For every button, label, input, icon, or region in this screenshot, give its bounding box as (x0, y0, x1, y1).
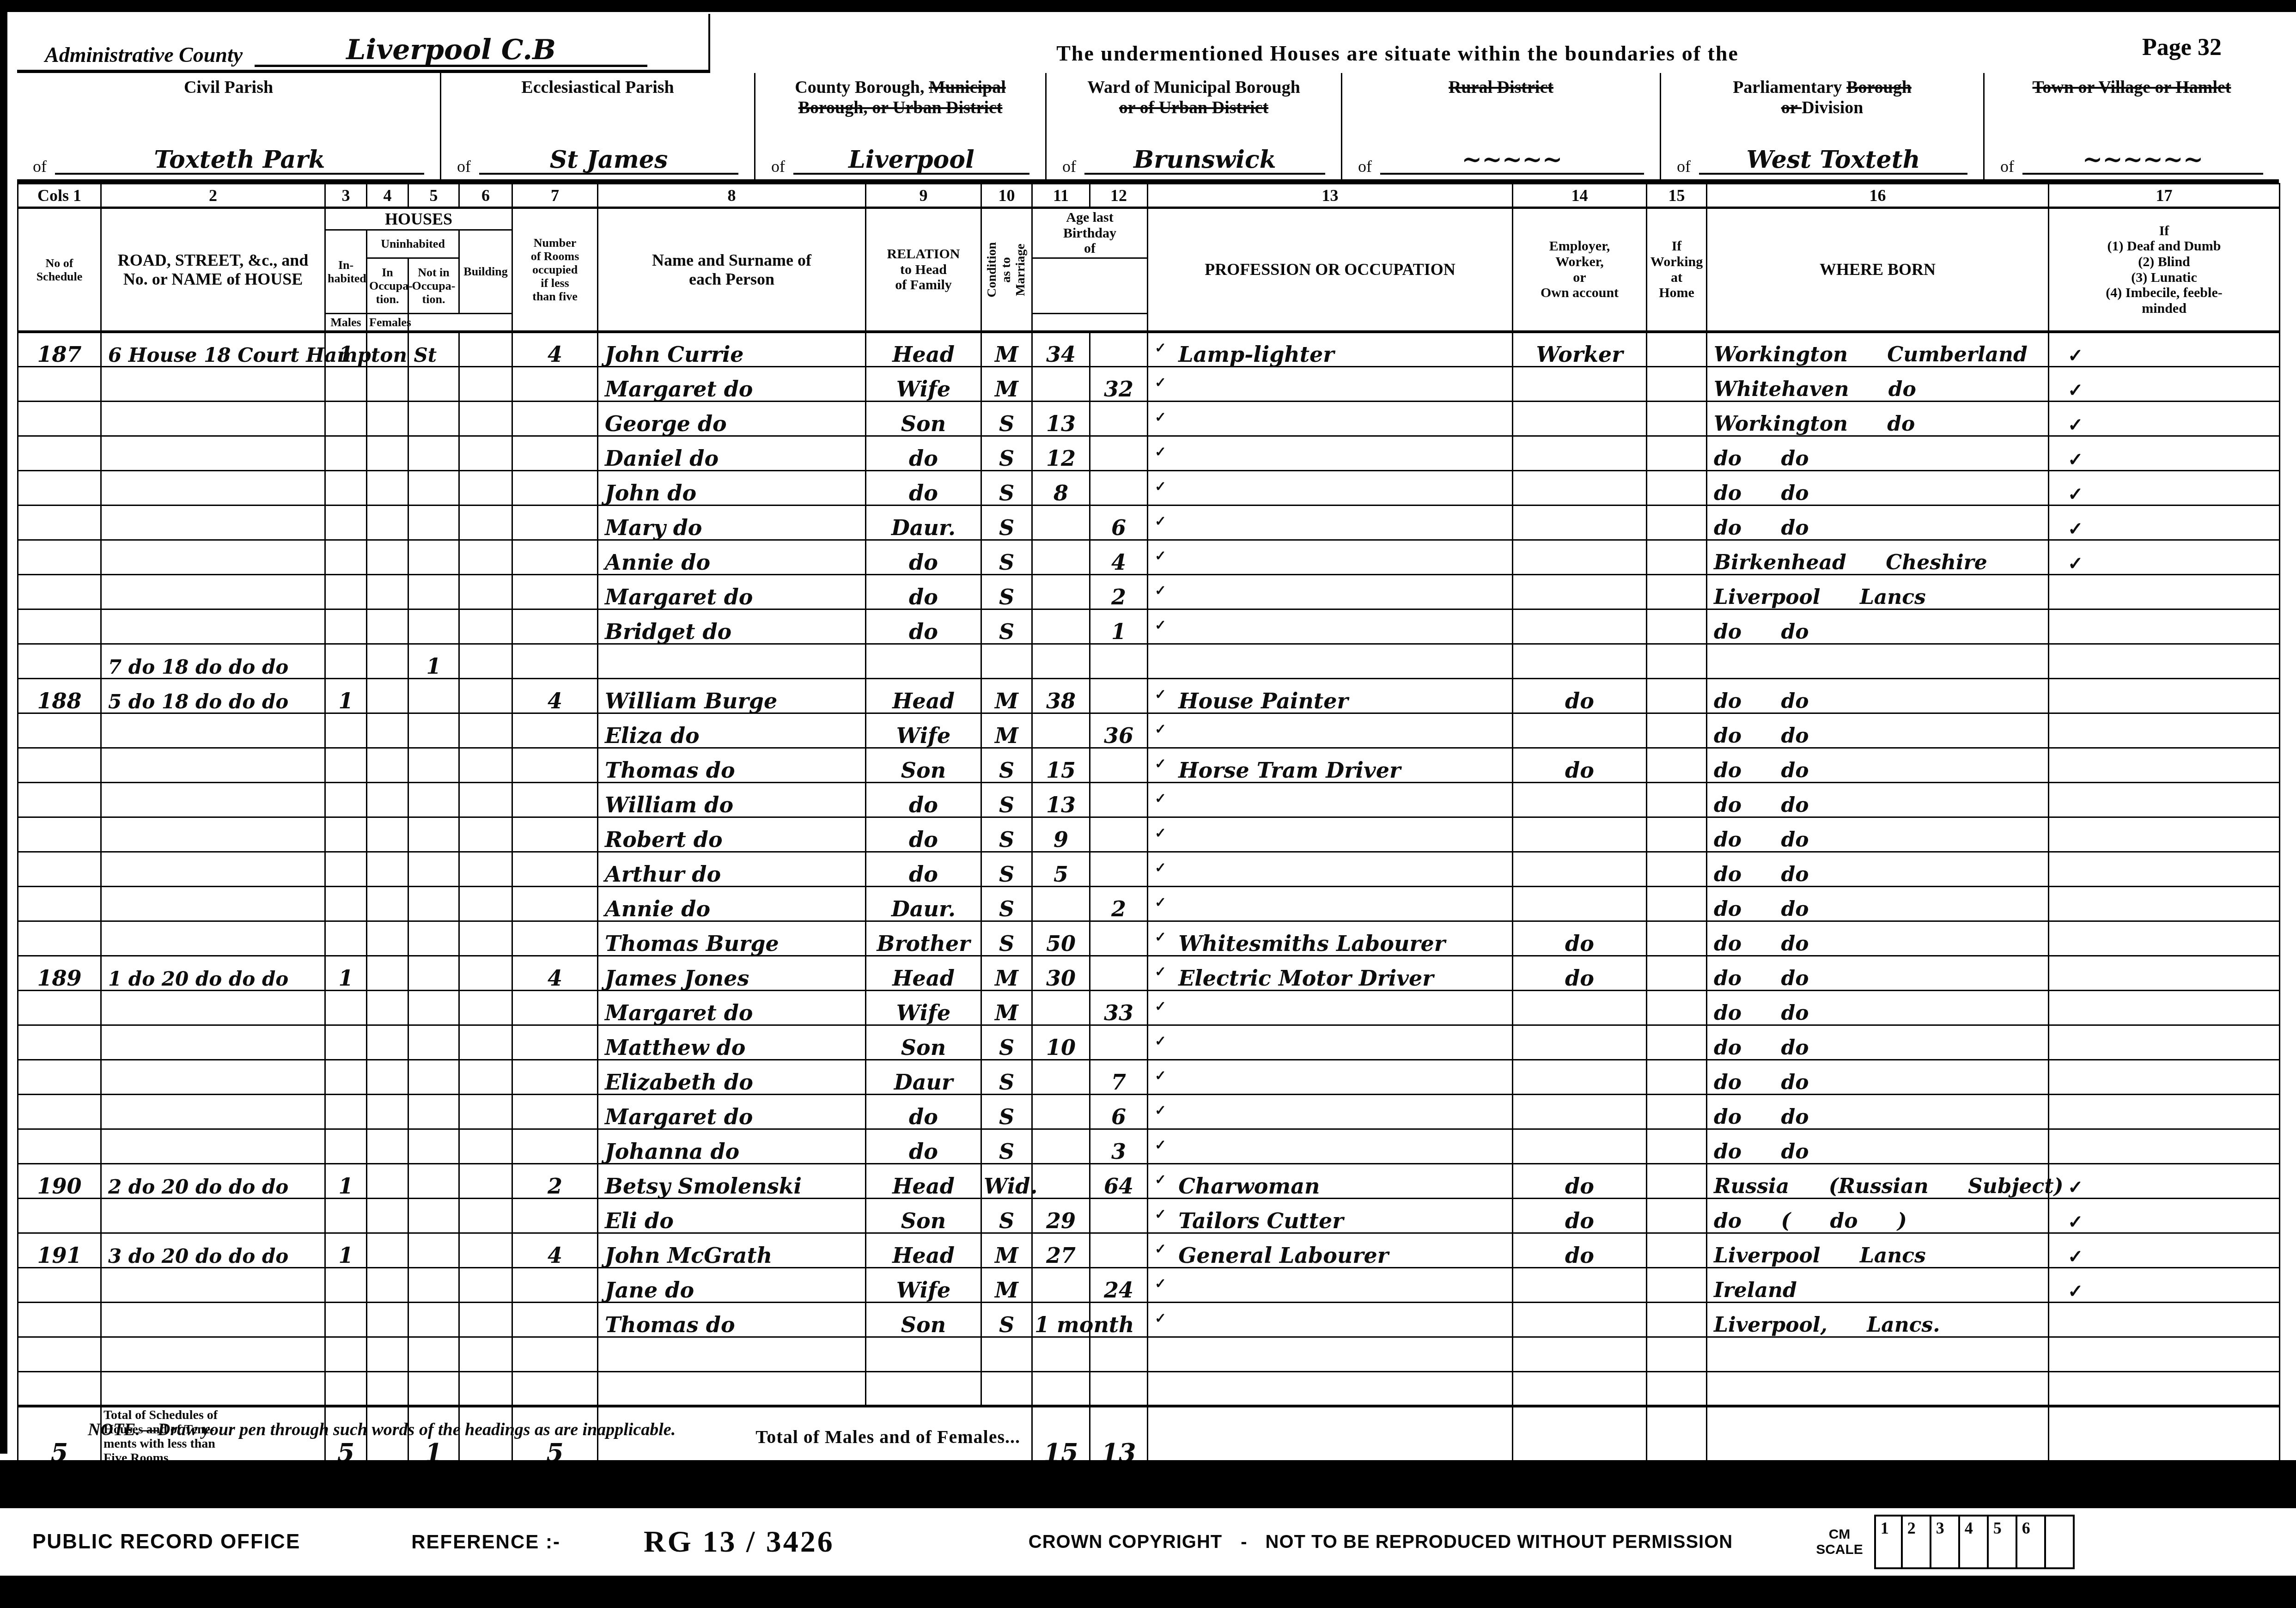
cell-building (459, 436, 512, 470)
parish-box-value: ~~~~~ (1380, 148, 1644, 175)
cell-inhabited (325, 748, 367, 782)
cell-where_born: Ireland (1707, 1267, 2049, 1302)
cell-in_occupation (367, 1233, 408, 1267)
cell-road: 6 House 18 Court Hampton St (101, 332, 325, 366)
cell-building (459, 678, 512, 713)
cell-road (101, 1025, 325, 1060)
col-number-11: 11 (1032, 184, 1090, 208)
cell-in_occupation (367, 817, 408, 852)
header-schedule: No of Schedule (18, 208, 101, 332)
header-females: Females (367, 313, 408, 332)
cell-not_in_occupation (408, 1198, 459, 1233)
cell-condition: M (981, 332, 1032, 366)
census-row: 1876 House 18 Court Hampton St14John Cur… (18, 332, 2280, 366)
cell-relation: Wife (866, 366, 981, 401)
cell-schedule (18, 713, 101, 748)
census-row: Margaret doWifeM33✓do do (18, 990, 2280, 1025)
cell-in_occupation (367, 852, 408, 886)
cell-not_in_occupation (408, 852, 459, 886)
cell-infirmity (2049, 1371, 2280, 1406)
cell-at_home (1647, 817, 1707, 852)
cell-at_home (1647, 921, 1707, 956)
cell-condition: S (981, 1302, 1032, 1337)
cell-rooms (512, 713, 598, 748)
cell-condition: Wid. (981, 1163, 1032, 1198)
col-number-13: 13 (1148, 184, 1513, 208)
cell-relation: do (866, 574, 981, 609)
cell-not_in_occupation (408, 748, 459, 782)
cell-employer (1513, 609, 1647, 644)
census-row: George doSonS13✓Workington do✓ (18, 401, 2280, 436)
cell-name: John Currie (598, 332, 866, 366)
scan-edge-left (0, 12, 7, 1454)
cell-infirmity (2049, 1025, 2280, 1060)
cell-employer (1513, 1094, 1647, 1129)
cell-relation: do (866, 470, 981, 505)
cell-name: Robert do (598, 817, 866, 852)
cell-occupation: ✓ (1148, 470, 1513, 505)
cell-in_occupation (367, 990, 408, 1025)
cell-age_female (1090, 1025, 1148, 1060)
cell-condition: M (981, 1233, 1032, 1267)
cell-occupation: ✓Electric Motor Driver (1148, 956, 1513, 990)
cell-age_male (1032, 366, 1090, 401)
footer-reference: RG 13 / 3426 (644, 1524, 834, 1559)
cell-condition: M (981, 713, 1032, 748)
cell-road (101, 1337, 325, 1371)
cell-name: Margaret do (598, 574, 866, 609)
cell-age_male: 8 (1032, 470, 1090, 505)
cell-schedule (18, 817, 101, 852)
cell-age_male (1032, 540, 1090, 574)
cell-inhabited (325, 1060, 367, 1094)
cell-schedule (18, 990, 101, 1025)
cell-infirmity (2049, 609, 2280, 644)
cell-road (101, 1302, 325, 1337)
cell-relation: Head (866, 1163, 981, 1198)
census-row: Jane doWifeM24✓Ireland✓ (18, 1267, 2280, 1302)
cell-rooms: 4 (512, 678, 598, 713)
cell-relation: Son (866, 748, 981, 782)
total-males: 15 (1032, 1406, 1090, 1467)
cell-road: 5 do 18 do do do (101, 678, 325, 713)
cell-infirmity: ✓ (2049, 470, 2280, 505)
col-number-15: 15 (1647, 184, 1707, 208)
header-condition: Condition as to Marriage (981, 208, 1032, 332)
cell-name: Annie do (598, 886, 866, 921)
cell-occupation: ✓ (1148, 609, 1513, 644)
cell-relation: do (866, 817, 981, 852)
cell-condition: S (981, 1060, 1032, 1094)
cell-occupation: ✓ (1148, 782, 1513, 817)
cell-name: John do (598, 470, 866, 505)
cell-age_female (1090, 401, 1148, 436)
census-row: 1885 do 18 do do do14William BurgeHeadM3… (18, 678, 2280, 713)
cell-name: Thomas do (598, 748, 866, 782)
enumerator-tick-icon: ✓ (1155, 583, 1166, 599)
cell-in_occupation (367, 1302, 408, 1337)
cell-employer (1513, 1025, 1647, 1060)
enumerator-tick-icon: ✓ (1155, 1102, 1166, 1119)
cell-condition: M (981, 678, 1032, 713)
cell-where_born: Birkenhead Cheshire (1707, 540, 2049, 574)
scan-edge-top (0, 0, 2296, 12)
cell-relation: do (866, 609, 981, 644)
cell-relation: Son (866, 1025, 981, 1060)
parish-box-title: Rural District (1342, 78, 1660, 98)
cell-road (101, 1060, 325, 1094)
cell-not_in_occupation (408, 1267, 459, 1302)
cell-occupation: ✓ (1148, 1025, 1513, 1060)
cell-condition: M (981, 1267, 1032, 1302)
col-number-16: 16 (1707, 184, 2049, 208)
enumerator-tick-icon: ✓ (1155, 1276, 1166, 1292)
header-where-born: WHERE BORN (1707, 208, 2049, 332)
cell-age_male (1032, 1371, 1090, 1406)
cell-building (459, 1337, 512, 1371)
cell-road (101, 609, 325, 644)
census-row: Eliza doWifeM36✓do do (18, 713, 2280, 748)
col-number-3: 3 (325, 184, 367, 208)
parish-box-rural-district: Rural Districtof~~~~~ (1341, 73, 1660, 179)
cell-where_born: Liverpool Lancs (1707, 574, 2049, 609)
cell-road: 3 do 20 do do do (101, 1233, 325, 1267)
cell-occupation: ✓House Painter (1148, 678, 1513, 713)
cell-infirmity (2049, 782, 2280, 817)
cell-at_home (1647, 644, 1707, 678)
cell-age_male (1032, 1337, 1090, 1371)
cell-not_in_occupation (408, 990, 459, 1025)
cell-building (459, 366, 512, 401)
cell-name: James Jones (598, 956, 866, 990)
cell-inhabited (325, 1025, 367, 1060)
census-sheet: Administrative County Liverpool C.B The … (0, 0, 2296, 1608)
cell-rooms (512, 782, 598, 817)
cell-where_born: do do (1707, 1129, 2049, 1163)
cell-in_occupation (367, 436, 408, 470)
cell-age_female: 33 (1090, 990, 1148, 1025)
census-row: Arthur dodoS5✓do do (18, 852, 2280, 886)
cell-employer (1513, 540, 1647, 574)
header-at-home: If Working at Home (1647, 208, 1707, 332)
cell-rooms (512, 1267, 598, 1302)
cell-infirmity (2049, 1302, 2280, 1337)
cell-occupation: ✓ (1148, 505, 1513, 540)
of-label: of (771, 158, 785, 175)
cell-rooms (512, 1198, 598, 1233)
occupation-text: Tailors Cutter (1178, 1208, 1343, 1233)
census-row: Robert dodoS9✓do do (18, 817, 2280, 852)
cell-rooms (512, 886, 598, 921)
cell-employer (1513, 436, 1647, 470)
cell-infirmity (2049, 817, 2280, 852)
cell-relation: do (866, 782, 981, 817)
cell-age_male: 1 month (1032, 1302, 1090, 1337)
cell-inhabited (325, 1129, 367, 1163)
cell-schedule: 189 (18, 956, 101, 990)
cell-occupation: ✓Whitesmiths Labourer (1148, 921, 1513, 956)
cell-infirmity (2049, 886, 2280, 921)
cell-age_male (1032, 713, 1090, 748)
cell-name: Elizabeth do (598, 1060, 866, 1094)
cell-name (598, 1337, 866, 1371)
total-at-home-blank (1647, 1406, 1707, 1467)
census-row: Johanna dodoS3✓do do (18, 1129, 2280, 1163)
census-row: Matthew doSonS10✓do do (18, 1025, 2280, 1060)
cell-condition: M (981, 956, 1032, 990)
cell-age_male: 27 (1032, 1233, 1090, 1267)
cell-occupation: ✓Charwoman (1148, 1163, 1513, 1198)
cell-occupation (1148, 644, 1513, 678)
cell-relation (866, 1371, 981, 1406)
cell-age_female: 2 (1090, 886, 1148, 921)
enumerator-tick-icon: ✓ (1155, 999, 1166, 1015)
cell-employer (1513, 401, 1647, 436)
census-table: Cols 1 2 3 4 5 6 7 8 9 10 11 12 13 14 15… (17, 183, 2280, 1468)
cell-relation: do (866, 436, 981, 470)
cell-occupation: ✓ (1148, 401, 1513, 436)
parish-box-value: West Toxteth (1699, 148, 1967, 175)
cell-at_home (1647, 505, 1707, 540)
cell-not_in_occupation (408, 1302, 459, 1337)
cell-schedule (18, 886, 101, 921)
cell-age_male (1032, 1267, 1090, 1302)
cell-infirmity (2049, 1129, 2280, 1163)
footer-scale-label: CM SCALE (1816, 1527, 1863, 1557)
cell-condition (981, 1337, 1032, 1371)
cell-not_in_occupation (408, 401, 459, 436)
occupation-text: Lamp-lighter (1178, 342, 1334, 367)
cell-not_in_occupation (408, 436, 459, 470)
scale-box-3: 3 (1931, 1515, 1960, 1569)
cell-condition: S (981, 921, 1032, 956)
col-number-10: 10 (981, 184, 1032, 208)
header-inhabited: In- habited (325, 230, 367, 313)
cell-schedule (18, 366, 101, 401)
enumerator-tick-icon: ✓ (1155, 791, 1166, 807)
cell-where_born: do do (1707, 990, 2049, 1025)
cell-inhabited (325, 609, 367, 644)
cell-employer: do (1513, 956, 1647, 990)
cell-age_male: 9 (1032, 817, 1090, 852)
cell-occupation (1148, 1337, 1513, 1371)
cell-relation: Daur (866, 1060, 981, 1094)
cell-schedule (18, 574, 101, 609)
cell-condition: S (981, 748, 1032, 782)
cell-inhabited (325, 401, 367, 436)
cell-in_occupation (367, 609, 408, 644)
cell-occupation: ✓ (1148, 1094, 1513, 1129)
cell-condition: S (981, 817, 1032, 852)
cell-building (459, 921, 512, 956)
cell-road (101, 1371, 325, 1406)
cell-schedule (18, 1371, 101, 1406)
cell-in_occupation (367, 713, 408, 748)
cell-in_occupation (367, 1060, 408, 1094)
cell-road (101, 401, 325, 436)
cell-at_home (1647, 1233, 1707, 1267)
cell-at_home (1647, 1025, 1707, 1060)
cell-relation: do (866, 540, 981, 574)
cell-rooms (512, 1129, 598, 1163)
cell-schedule (18, 470, 101, 505)
cell-road (101, 748, 325, 782)
census-row: Margaret dodoS6✓do do (18, 1094, 2280, 1129)
cell-where_born (1707, 1371, 2049, 1406)
cell-relation: do (866, 1094, 981, 1129)
cell-in_occupation (367, 644, 408, 678)
enumerator-tick-icon: ✓ (1155, 548, 1166, 564)
parish-box-town-village: Town or Village or Hamletof~~~~~~ (1983, 73, 2279, 179)
parish-box-value: Brunswick (1084, 148, 1325, 175)
cell-not_in_occupation (408, 574, 459, 609)
cell-employer (1513, 505, 1647, 540)
cell-not_in_occupation (408, 1337, 459, 1371)
cell-age_male (1032, 990, 1090, 1025)
census-row: 7 do 18 do do do1 (18, 644, 2280, 678)
enumerator-tick-icon: ✓ (1155, 1068, 1166, 1084)
enumerator-tick-icon: ✓ (1155, 929, 1166, 945)
cell-building (459, 1267, 512, 1302)
cell-schedule (18, 1129, 101, 1163)
cell-in_occupation (367, 1163, 408, 1198)
occupation-text: House Painter (1178, 688, 1348, 713)
cell-schedule: 191 (18, 1233, 101, 1267)
cell-employer: do (1513, 1198, 1647, 1233)
cell-where_born: do ( do ) (1707, 1198, 2049, 1233)
cell-condition: S (981, 782, 1032, 817)
cell-not_in_occupation (408, 782, 459, 817)
cell-name: William do (598, 782, 866, 817)
cell-age_female: 3 (1090, 1129, 1148, 1163)
cell-occupation (1148, 1371, 1513, 1406)
cell-employer (1513, 366, 1647, 401)
cell-schedule (18, 782, 101, 817)
parish-box-ecclesiastical-parish: Ecclesiastical ParishofSt James (440, 73, 754, 179)
cell-age_male (1032, 1163, 1090, 1198)
page-number: Page 32 (2085, 34, 2279, 73)
cell-schedule (18, 1025, 101, 1060)
footer-black-band-top (0, 1460, 2296, 1508)
cell-building (459, 540, 512, 574)
cell-where_born: do do (1707, 921, 2049, 956)
cell-relation: Daur. (866, 505, 981, 540)
header-employer: Employer, Worker, or Own account (1513, 208, 1647, 332)
census-row: Thomas doSonS1 month✓Liverpool, Lancs. (18, 1302, 2280, 1337)
cell-where_born: Workington Cumberland (1707, 332, 2049, 366)
cell-at_home (1647, 956, 1707, 990)
cell-condition (981, 644, 1032, 678)
cell-inhabited (325, 1267, 367, 1302)
census-row: Thomas BurgeBrotherS50✓Whitesmiths Labou… (18, 921, 2280, 956)
footer: PUBLIC RECORD OFFICE REFERENCE :- RG 13 … (0, 1460, 2296, 1608)
cell-age_female (1090, 644, 1148, 678)
cell-condition (981, 1371, 1032, 1406)
cell-age_male (1032, 574, 1090, 609)
cell-rooms: 2 (512, 1163, 598, 1198)
cell-road (101, 782, 325, 817)
occupation-text: General Labourer (1178, 1243, 1389, 1268)
cell-condition: S (981, 1025, 1032, 1060)
cell-in_occupation (367, 470, 408, 505)
of-label: of (457, 158, 471, 175)
cell-age_female: 32 (1090, 366, 1148, 401)
cell-not_in_occupation (408, 1233, 459, 1267)
cell-age_female (1090, 782, 1148, 817)
cell-age_male: 30 (1032, 956, 1090, 990)
footer-notice: NOT TO BE REPRODUCED WITHOUT PERMISSION (1266, 1532, 1733, 1553)
cell-inhabited (325, 886, 367, 921)
occupation-text: Horse Tram Driver (1178, 758, 1401, 783)
cell-inhabited (325, 921, 367, 956)
cell-employer: do (1513, 1163, 1647, 1198)
cell-in_occupation (367, 1094, 408, 1129)
scale-box-5: 5 (1989, 1515, 2017, 1569)
cell-occupation: ✓ (1148, 1129, 1513, 1163)
census-row: Eli doSonS29✓Tailors Cutterdodo ( do )✓ (18, 1198, 2280, 1233)
enumerator-tick-icon: ✓ (1155, 513, 1166, 530)
cell-where_born: Whitehaven do (1707, 366, 2049, 401)
cell-occupation: ✓ (1148, 436, 1513, 470)
cell-where_born: do do (1707, 956, 2049, 990)
enumerator-tick-icon: ✓ (1155, 1310, 1166, 1327)
cell-inhabited (325, 1371, 367, 1406)
cell-infirmity (2049, 644, 2280, 678)
cell-road (101, 713, 325, 748)
cell-employer (1513, 1267, 1647, 1302)
cell-occupation: ✓General Labourer (1148, 1233, 1513, 1267)
cell-age_male (1032, 1060, 1090, 1094)
cell-age_male: 34 (1032, 332, 1090, 366)
cell-employer (1513, 1371, 1647, 1406)
cell-infirmity (2049, 921, 2280, 956)
cell-name: Arthur do (598, 852, 866, 886)
enumerator-tick-icon: ✓ (1155, 479, 1166, 495)
cell-where_born: do do (1707, 852, 2049, 886)
cell-name: John McGrath (598, 1233, 866, 1267)
enumerator-tick-icon: ✓ (1155, 375, 1166, 391)
cell-rooms (512, 436, 598, 470)
cell-name: Thomas Burge (598, 921, 866, 956)
col-number-4: 4 (367, 184, 408, 208)
cell-schedule (18, 505, 101, 540)
cell-road (101, 817, 325, 852)
cell-name: Mary do (598, 505, 866, 540)
cell-name: Jane do (598, 1267, 866, 1302)
cell-rooms (512, 609, 598, 644)
cell-age_female: 64 (1090, 1163, 1148, 1198)
cell-name: Margaret do (598, 1094, 866, 1129)
cell-employer (1513, 852, 1647, 886)
footer-black-band-bottom (0, 1576, 2296, 1608)
cell-age_male (1032, 1129, 1090, 1163)
parish-box-value: Toxteth Park (55, 148, 424, 175)
of-label: of (2000, 158, 2014, 175)
header-infirmity: If (1) Deaf and Dumb (2) Blind (3) Lunat… (2049, 208, 2280, 332)
cell-road (101, 1267, 325, 1302)
cell-occupation: ✓Tailors Cutter (1148, 1198, 1513, 1233)
cell-at_home (1647, 332, 1707, 366)
cell-where_born: do do (1707, 748, 2049, 782)
cell-where_born: do do (1707, 609, 2049, 644)
cell-inhabited (325, 990, 367, 1025)
cell-relation: Head (866, 678, 981, 713)
cell-name: Daniel do (598, 436, 866, 470)
cell-name: Margaret do (598, 990, 866, 1025)
cell-employer (1513, 470, 1647, 505)
enumerator-tick-icon: ✓ (1155, 1206, 1166, 1223)
cell-schedule (18, 644, 101, 678)
